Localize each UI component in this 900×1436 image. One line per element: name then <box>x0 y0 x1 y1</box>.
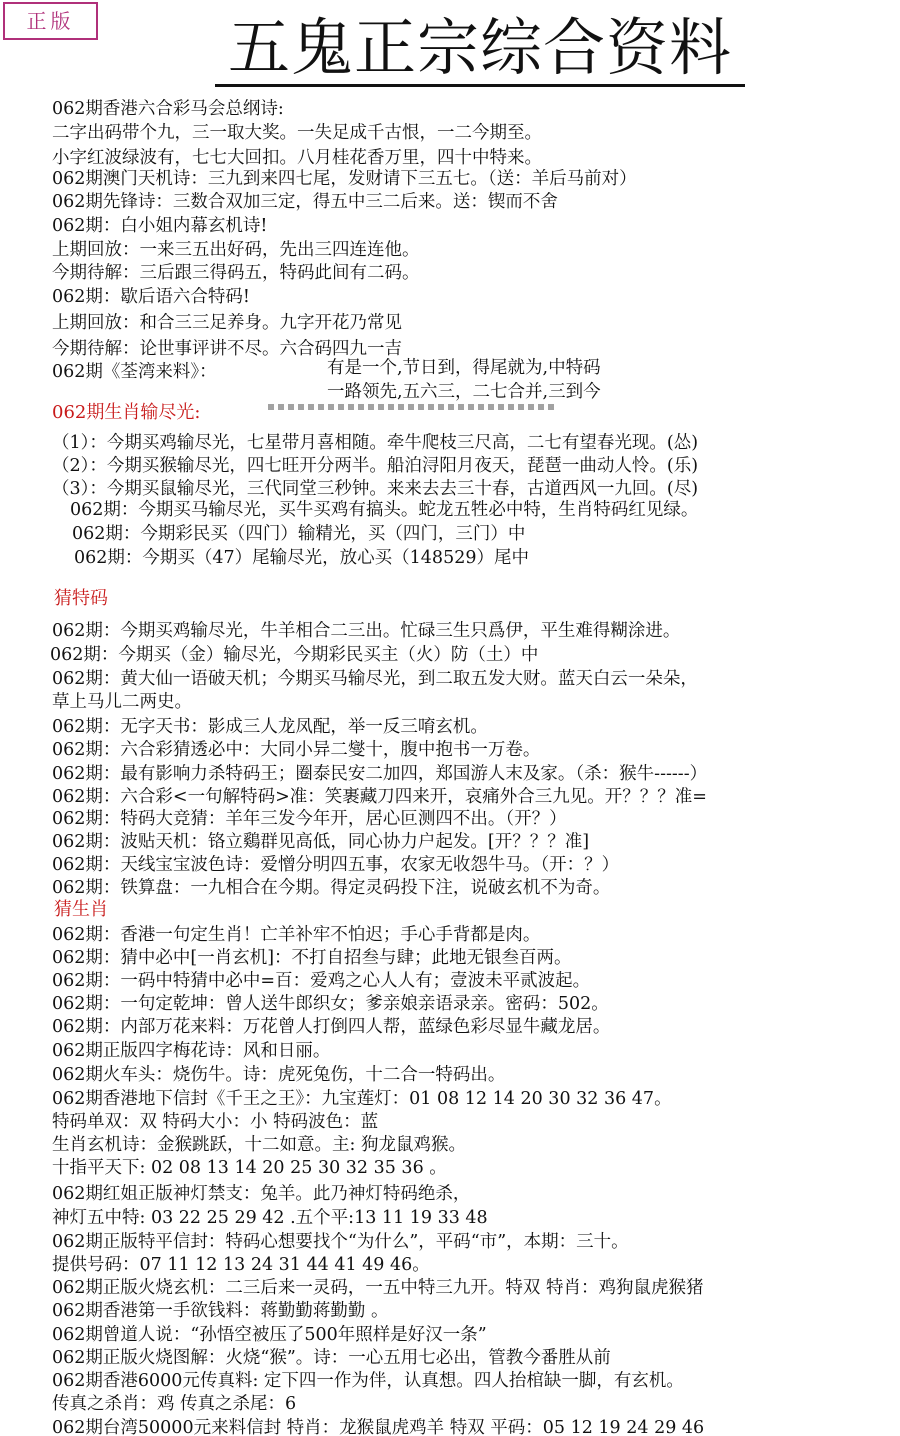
text-line: 十指平天下: 02 08 13 14 20 25 30 32 35 36 。 <box>52 1157 447 1179</box>
text-line: 062期：歇后语六合特码! <box>52 286 250 308</box>
genuine-badge: 正版 <box>3 2 98 40</box>
text-line: 传真之杀肖：鸡 传真之杀尾：6 <box>52 1393 296 1415</box>
text-line: 062期：黄大仙一语破天机；今期买马输尽光，到二取五发大财。蓝天白云一朵朵， <box>52 668 698 690</box>
section-heading: 062期生肖输尽光: <box>52 402 200 424</box>
text-line: 提供号码：07 11 12 13 24 31 44 41 49 46。 <box>52 1254 430 1276</box>
text-line: （3）：今期买鼠输尽光，三代同堂三秒钟。来来去去三十春，古道西风一九回。(尽) <box>52 478 698 500</box>
text-line: 特码单双：双 特码大小：小 特码波色：蓝 <box>52 1111 378 1133</box>
text-line: 一路领先,五六三，二七合并,三到今 <box>327 381 601 403</box>
text-line: 062期香港六合彩马会总纲诗: <box>52 98 284 120</box>
text-line: 草上马儿二两史。 <box>52 691 192 713</box>
text-line: 062期：波贴天机：铬立鷄群见高低，同心协力户起发。[开？？？准] <box>52 831 589 853</box>
text-line: （1）：今期买鸡输尽光，七星带月喜相随。牵牛爬枝三尺高，二七有望春光现。(怂) <box>52 432 698 454</box>
text-line: 062期：白小姐内幕玄机诗! <box>52 215 267 237</box>
text-line: 062期火车头：烧伤牛。诗：虎死兔伤，十二合一特码出。 <box>52 1064 505 1086</box>
text-line: 062期正版四字梅花诗：风和日丽。 <box>52 1040 330 1062</box>
text-line: 062期正版特平信封：特码心想要找个“为什么”，平码“市”，本期：三十。 <box>52 1231 629 1253</box>
text-line: 二字出码带个九，三一取大奖。一失足成千古恨，一二今期至。 <box>52 122 542 144</box>
text-line: 062期：无字天书：影成三人龙凤配，举一反三唷玄机。 <box>52 716 488 738</box>
text-line: 062期曾道人说：“孙悟空被压了500年照样是好汉一条” <box>52 1324 487 1346</box>
text-line: 062期：天线宝宝波色诗：爱憎分明四五事，农家无收怨牛马。（开：？） <box>52 854 619 876</box>
text-line: 生肖玄机诗：金猴跳跃，十二如意。主: 狗龙鼠鸡猴。 <box>52 1134 466 1156</box>
text-line: 062期：今期买马输尽光，买牛买鸡有搞头。蛇龙五牲必中特，生肖特码红见绿。 <box>70 499 698 521</box>
text-line: 上期回放：和合三三足养身。九字开花乃常见 <box>52 312 402 334</box>
text-line: 062期：六合彩猜透必中：大同小异二燮十，腹中抱书一万卷。 <box>52 739 540 761</box>
section-heading: 猜生肖 <box>54 899 108 921</box>
text-line: 062期先锋诗：三数合双加三定，得五中三二后来。送：锲而不舍 <box>52 191 558 213</box>
text-line: 062期：一句定乾坤：曾人送牛郎织女；爹亲娘亲语录亲。密码：502。 <box>52 993 609 1015</box>
text-line: 062期：猜中必中[一肖玄机]：不打自招叁与肆；此地无银叁百两。 <box>52 947 572 969</box>
text-line: 062期：特码大竞猜：羊年三发今年开，居心叵测四不出。（开？） <box>52 808 567 830</box>
text-line: 062期：铁算盘：一九相合在今期。得定灵码投下注，说破玄机不为奇。 <box>52 877 610 899</box>
text-line: 062期台湾50000元来料信封 特肖：龙猴鼠虎鸡羊 特双 平码：05 12 1… <box>52 1417 704 1436</box>
text-line: 062期：最有影响力杀特码王；圈泰民安二加四，郑国游人末及家。（杀：猴牛----… <box>52 763 707 785</box>
text-line: （2）：今期买猴输尽光，四七旺开分两半。船泊浔阳月夜天，琵琶一曲动人怜。(乐) <box>52 455 698 477</box>
section-heading: 猜特码 <box>54 588 108 610</box>
text-line: 062期正版火烧图解：火烧“猴”。诗：一心五用七必出，管教今番胜从前 <box>52 1347 611 1369</box>
text-line: 062期澳门天机诗：三九到来四七尾，发财请下三五七。（送：羊后马前对） <box>52 168 637 190</box>
text-line: 062期：六合彩<一句解特码>准：笑裹藏刀四来开，哀痛外合三九见。开？？？准= <box>52 786 707 808</box>
text-line: 神灯五中特: 03 22 25 29 42 .五个平:13 11 19 33 4… <box>52 1207 488 1229</box>
text-line: 有是一个,节日到，得尾就为,中特码 <box>327 357 601 379</box>
obscured-text-fragment <box>268 404 558 410</box>
text-line: 062期香港第一手欲钱料：蒋勤勤蒋勤勤 。 <box>52 1300 388 1322</box>
text-line: 062期香港地下信封《千王之王》：九宝莲灯：01 08 12 14 20 30 … <box>52 1088 672 1110</box>
text-line: 062期：今期买（金）输尽光，今期彩民买主（火）防（土）中 <box>50 644 538 666</box>
text-line: 小字红波绿波有，七七大回扣。八月桂花香万里，四十中特来。 <box>52 147 542 169</box>
text-line: 062期：一码中特猜中必中=百：爱鸡之心人人有；壹波未平贰波起。 <box>52 970 590 992</box>
text-line: 062期：今期彩民买（四门）输精光，买（四门，三门）中 <box>72 523 525 545</box>
text-line: 上期回放：一来三五出好码，先出三四连连他。 <box>52 239 420 261</box>
text-line: 062期香港6000元传真料: 定下四一作为伴，认真想。四人抬棺缺一脚，有玄机。 <box>52 1370 684 1392</box>
text-line: 062期正版火烧玄机：二三后来一灵码，一五中特三九开。特双 特肖：鸡狗鼠虎猴猪 <box>52 1277 703 1299</box>
text-line: 062期：香港一句定生肖！亡羊补牢不怕迟；手心手背都是肉。 <box>52 924 540 946</box>
text-line: 062期：内部万花来料：万花曾人打倒四人帮，蓝绿色彩尽显牛藏龙居。 <box>52 1016 610 1038</box>
text-line: 062期红姐正版神灯禁支：兔羊。此乃神灯特码绝杀， <box>52 1183 470 1205</box>
page-title: 五鬼正宗综合资料 <box>215 12 745 87</box>
text-line: 062期：今期买鸡输尽光，牛羊相合二三出。忙碌三生只爲伊，平生难得糊涂进。 <box>52 620 680 642</box>
text-line: 今期待解：三后跟三得码五，特码此间有二码。 <box>52 262 420 284</box>
text-line: 062期：今期买（47）尾输尽光，放心买（148529）尾中 <box>74 547 529 569</box>
text-line: 062期《荃湾来料》： <box>52 361 217 383</box>
